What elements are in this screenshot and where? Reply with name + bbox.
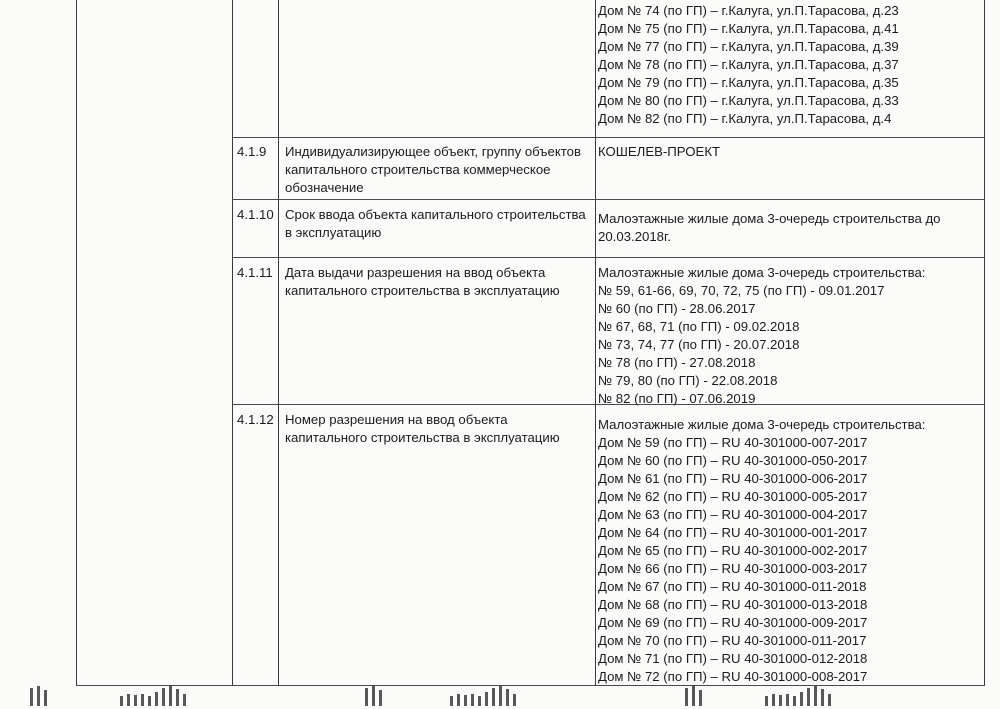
text-line: Дом № 67 (по ГП) – RU 40-301000-011-2018	[598, 578, 925, 596]
text-line: № 79, 80 (по ГП) - 22.08.2018	[598, 372, 925, 390]
number-column-divider	[278, 0, 279, 685]
text-line: капитального строительства в эксплуатаци…	[285, 429, 560, 447]
row-value-4-1-12: Малоэтажные жилые дома 3-очередь строите…	[598, 416, 925, 686]
row-divider	[232, 199, 985, 200]
text-line: № 60 (по ГП) - 28.06.2017	[598, 300, 925, 318]
text-line: № 82 (по ГП) - 07.06.2019	[598, 390, 925, 408]
table-left-border	[232, 0, 233, 685]
text-line: обозначение	[285, 179, 581, 197]
text-line: Дом № 68 (по ГП) – RU 40-301000-013-2018	[598, 596, 925, 614]
outer-left-border	[76, 0, 77, 685]
text-line: Дом № 62 (по ГП) – RU 40-301000-005-2017	[598, 488, 925, 506]
text-line: Дом № 82 (по ГП) – г.Калуга, ул.П.Тарасо…	[598, 110, 899, 128]
text-line: Дом № 64 (по ГП) – RU 40-301000-001-2017	[598, 524, 925, 542]
text-line: Малоэтажные жилые дома 3-очередь строите…	[598, 264, 925, 282]
text-line: Срок ввода объекта капитального строител…	[285, 206, 586, 224]
scan-artifact	[765, 686, 835, 708]
text-line: Дом № 77 (по ГП) – г.Калуга, ул.П.Тарасо…	[598, 38, 899, 56]
row-number-4-1-10: 4.1.10	[237, 206, 274, 224]
text-line: Дом № 63 (по ГП) – RU 40-301000-004-2017	[598, 506, 925, 524]
text-line: Малоэтажные жилые дома 3-очередь строите…	[598, 210, 940, 228]
text-line: Дата выдачи разрешения на ввод объекта	[285, 264, 560, 282]
text-line: капитального строительства коммерческое	[285, 161, 581, 179]
text-line: Дом № 74 (по ГП) – г.Калуга, ул.П.Тарасо…	[598, 2, 899, 20]
row-label-4-1-10: Срок ввода объекта капитального строител…	[285, 206, 586, 242]
text-line: Дом № 66 (по ГП) – RU 40-301000-003-2017	[598, 560, 925, 578]
table-right-border	[984, 0, 985, 685]
value-column-divider	[595, 0, 596, 685]
text-line: Дом № 72 (по ГП) – RU 40-301000-008-2017	[598, 668, 925, 686]
text-line: 20.03.2018г.	[598, 228, 940, 246]
continuation-address-list: Дом № 74 (по ГП) – г.Калуга, ул.П.Тарасо…	[598, 2, 899, 128]
text-line: № 78 (по ГП) - 27.08.2018	[598, 354, 925, 372]
row-value-4-1-11: Малоэтажные жилые дома 3-очередь строите…	[598, 264, 925, 408]
text-line: Дом № 78 (по ГП) – г.Калуга, ул.П.Тарасо…	[598, 56, 899, 74]
text-line: Номер разрешения на ввод объекта	[285, 411, 560, 429]
text-line: № 59, 61-66, 69, 70, 72, 75 (по ГП) - 09…	[598, 282, 925, 300]
text-line: № 73, 74, 77 (по ГП) - 20.07.2018	[598, 336, 925, 354]
text-line: Дом № 61 (по ГП) – RU 40-301000-006-2017	[598, 470, 925, 488]
scan-artifact	[685, 686, 706, 708]
text-line: Дом № 69 (по ГП) – RU 40-301000-009-2017	[598, 614, 925, 632]
text-line: Дом № 60 (по ГП) – RU 40-301000-050-2017	[598, 452, 925, 470]
text-line: Дом № 75 (по ГП) – г.Калуга, ул.П.Тарасо…	[598, 20, 899, 38]
text-line: Дом № 65 (по ГП) – RU 40-301000-002-2017	[598, 542, 925, 560]
text-line: капитального строительства в эксплуатаци…	[285, 282, 560, 300]
row-value-4-1-9: КОШЕЛЕВ-ПРОЕКТ	[598, 143, 720, 161]
row-number-4-1-12: 4.1.12	[237, 411, 274, 429]
text-line: КОШЕЛЕВ-ПРОЕКТ	[598, 143, 720, 161]
scan-artifact	[450, 686, 520, 708]
row-label-4-1-9: Индивидуализирующее объект, группу объек…	[285, 143, 581, 197]
row-number-4-1-11: 4.1.11	[237, 264, 273, 282]
text-line: Индивидуализирующее объект, группу объек…	[285, 143, 581, 161]
text-line: Дом № 79 (по ГП) – г.Калуга, ул.П.Тарасо…	[598, 74, 899, 92]
row-label-4-1-12: Номер разрешения на ввод объектакапиталь…	[285, 411, 560, 447]
text-line: Дом № 70 (по ГП) – RU 40-301000-011-2017	[598, 632, 925, 650]
scan-artifact	[120, 686, 190, 708]
row-divider	[232, 137, 985, 138]
row-number-4-1-9: 4.1.9	[237, 143, 266, 161]
text-line: Дом № 80 (по ГП) – г.Калуга, ул.П.Тарасо…	[598, 92, 899, 110]
row-value-4-1-10: Малоэтажные жилые дома 3-очередь строите…	[598, 210, 940, 246]
row-label-4-1-11: Дата выдачи разрешения на ввод объектака…	[285, 264, 560, 300]
row-divider	[232, 257, 985, 258]
text-line: Дом № 59 (по ГП) – RU 40-301000-007-2017	[598, 434, 925, 452]
scan-artifact	[30, 686, 51, 708]
text-line: Малоэтажные жилые дома 3-очередь строите…	[598, 416, 925, 434]
text-line: Дом № 71 (по ГП) – RU 40-301000-012-2018	[598, 650, 925, 668]
text-line: № 67, 68, 71 (по ГП) - 09.02.2018	[598, 318, 925, 336]
scan-artifact	[365, 686, 386, 708]
text-line: в эксплуатацию	[285, 224, 586, 242]
